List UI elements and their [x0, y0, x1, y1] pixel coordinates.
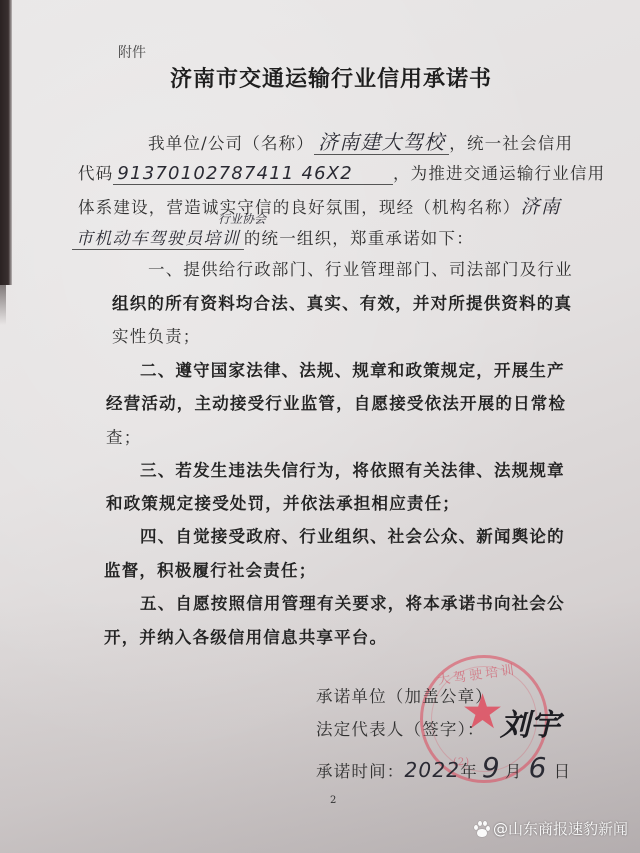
- commitment-5-line-2: 开，并纳入各级信用信息共享平台。: [104, 624, 387, 648]
- credit-code-handwritten: 91370102787411 46X2: [113, 163, 393, 185]
- commitment-1-line-3: 实性负责；: [112, 323, 201, 347]
- org-name-handwritten-1: 济南: [521, 196, 561, 218]
- commitment-1-line-2: 组织的所有资料均合法、真实、有效，并对所提供资料的真: [112, 290, 572, 314]
- commitment-2-line-1: 二、遵守国家法律、法规、规章和政策规定，开展生产: [140, 357, 565, 381]
- source-watermark: @山东商报速豹新闻: [473, 818, 628, 839]
- document-title: 济南市交通运输行业信用承诺书: [170, 62, 492, 93]
- baidu-paw-icon: [473, 820, 490, 837]
- date-day: 6: [523, 751, 554, 784]
- legal-rep-signature: 刘宇: [500, 700, 560, 744]
- watermark-text: @山东商报速豹新闻: [493, 818, 628, 839]
- promising-unit-label: 承诺单位（加盖公章）: [316, 683, 493, 707]
- paper-edge-shadow: [0, 0, 12, 285]
- commitment-5-line-1: 五、自愿按照信用管理有关要求，将本承诺书向社会公: [140, 590, 565, 614]
- date-month: 9: [478, 751, 505, 784]
- commitment-2-line-3: 查；: [106, 424, 141, 448]
- commitment-3-line-2: 和政策规定接受处罚，并依法承担相应责任；: [106, 490, 460, 514]
- commitment-2-line-2: 经营活动，主动接受行业监管，自愿接受依法开展的日常检: [106, 390, 566, 414]
- page-number: 2: [330, 795, 336, 806]
- company-name-handwritten: 济南建大驾校: [314, 130, 449, 155]
- commitment-1-line-1: 一、提供给行政部门、行业管理部门、司法部门及行业: [148, 256, 573, 280]
- intro-line-2: 代码91370102787411 46X2，为推进交通运输行业信用: [78, 160, 605, 184]
- org-name-handwritten-2: 市机动车驾驶员培训: [72, 229, 244, 250]
- intro-line-3: 体系建设，营造诚实守信的良好氛围，现经（机构名称）济南: [78, 192, 561, 219]
- intro-line-1: 我单位/公司（名称）济南建大驾校，统一社会信用: [148, 126, 573, 155]
- commitment-3-line-1: 三、若发生违法失信行为，将依照有关法律、法规规章: [140, 457, 565, 481]
- attachment-label: 附件: [118, 42, 146, 62]
- legal-rep-label: 法定代表人（签字）：: [316, 716, 485, 740]
- intro-line-4: 市机动车驾驶员培训的统一组织，郑重承诺如下：: [72, 224, 474, 249]
- commitment-date: 承诺时间：2022年9月6日: [316, 751, 571, 784]
- date-year: 2022: [405, 758, 461, 782]
- commitment-4-line-2: 监督，积极履行社会责任；: [104, 557, 316, 581]
- commitment-4-line-1: 四、自觉接受政府、行业组织、社会公众、新闻舆论的: [140, 523, 565, 547]
